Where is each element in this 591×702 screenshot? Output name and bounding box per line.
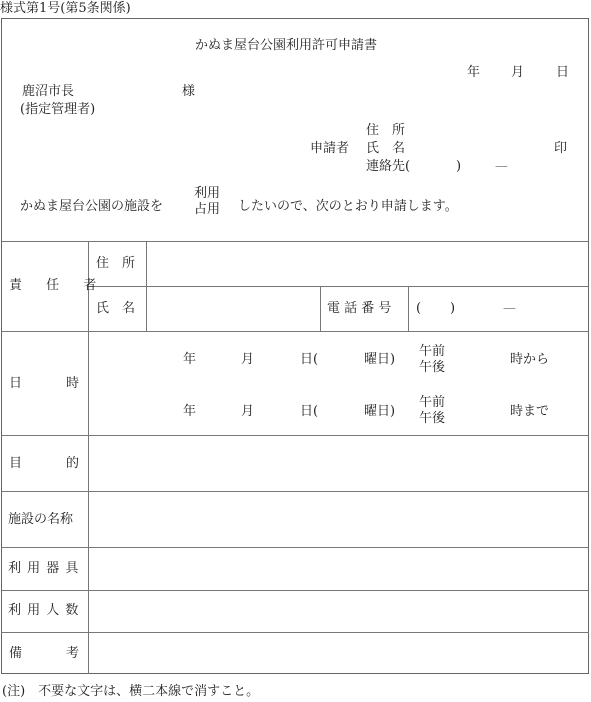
datetime-label-2: 時 (66, 377, 79, 390)
datetime-label-1: 日 (9, 377, 22, 390)
form-number-label: 様式第1号(第5条関係) (0, 2, 131, 15)
line-after-equipment (1, 590, 589, 591)
line-after-people (1, 632, 589, 633)
purpose-label-1: 目 (9, 457, 22, 470)
phone-label: 電 話 番 号 (327, 302, 391, 315)
line-responsible-split (88, 286, 589, 287)
phone-open[interactable]: ( (416, 302, 421, 315)
phone-dash: — (503, 302, 516, 315)
applicant-contact-dash: — (495, 160, 508, 173)
addressee-sub: (指定管理者) (20, 103, 95, 116)
facility-name-label: 施設の名称 (8, 513, 73, 526)
responsible-name-label: 氏 名 (96, 302, 135, 315)
start-pm[interactable]: 午後 (419, 360, 445, 376)
equipment-field[interactable] (90, 549, 588, 589)
statement-options: 利用 占用 (194, 186, 220, 219)
end-until: 時まで (510, 405, 549, 418)
phone-label-left-line (320, 286, 321, 331)
date-month: 月 (511, 66, 524, 79)
option-occupy[interactable]: 占用 (194, 202, 220, 218)
applicant-address-label: 住 所 (366, 124, 405, 137)
option-use[interactable]: 利用 (194, 186, 220, 202)
end-day: 日( (300, 405, 318, 418)
line-after-facility (1, 547, 589, 548)
remarks-label-1: 備 (9, 647, 22, 660)
responsible-label: 責 任 者 (9, 279, 106, 292)
line-after-purpose (1, 491, 589, 492)
start-day: 日( (300, 353, 318, 366)
responsible-name-field[interactable] (148, 288, 318, 330)
end-month: 月 (241, 405, 254, 418)
sublabel-column-line (146, 241, 147, 331)
start-from: 時から (510, 353, 549, 366)
responsible-address-label: 住 所 (96, 257, 135, 270)
addressee-honorific: 様 (182, 85, 195, 98)
end-pm[interactable]: 午後 (419, 411, 445, 427)
applicant-name-label: 氏 名 (366, 142, 405, 155)
end-ampm: 午前 午後 (419, 395, 445, 428)
people-count-label: 利 用 人 数 (8, 604, 79, 617)
start-weekday: 曜日) (364, 353, 395, 366)
applicant-contact-label: 連絡先( (366, 160, 410, 173)
applicant-label: 申請者 (310, 142, 349, 155)
start-month: 月 (241, 353, 254, 366)
statement-suffix: したいので、次のとおり申請します。 (238, 200, 458, 213)
end-am[interactable]: 午前 (419, 395, 445, 411)
label-column-line (88, 241, 89, 674)
line-after-datetime (1, 435, 589, 436)
form-title: かぬま屋台公園利用許可申請書 (195, 39, 377, 52)
applicant-contact-close: ) (456, 160, 461, 173)
start-am[interactable]: 午前 (419, 344, 445, 360)
table-top-line (1, 241, 589, 242)
purpose-label-2: 的 (66, 457, 79, 470)
end-weekday: 曜日) (364, 405, 395, 418)
date-day: 日 (556, 66, 569, 79)
end-year: 年 (183, 405, 196, 418)
equipment-label: 利 用 器 具 (8, 562, 79, 575)
start-year: 年 (183, 353, 196, 366)
responsible-address-field[interactable] (148, 243, 588, 285)
addressee-name: 鹿沼市長 (22, 85, 74, 98)
remarks-field[interactable] (90, 634, 588, 673)
date-year: 年 (467, 66, 480, 79)
start-ampm: 午前 午後 (419, 344, 445, 377)
people-count-field[interactable] (90, 592, 588, 631)
statement-prefix: かぬま屋台公園の施設を (20, 200, 163, 213)
phone-close[interactable]: ) (450, 302, 455, 315)
purpose-field[interactable] (90, 437, 588, 490)
facility-name-field[interactable] (90, 493, 588, 546)
line-after-responsible (1, 331, 589, 332)
footnote: (注) 不要な文字は、横二本線で消すこと。 (2, 685, 259, 698)
seal-mark: 印 (554, 142, 567, 155)
remarks-label-2: 考 (66, 647, 79, 660)
phone-label-right-line (408, 286, 409, 331)
